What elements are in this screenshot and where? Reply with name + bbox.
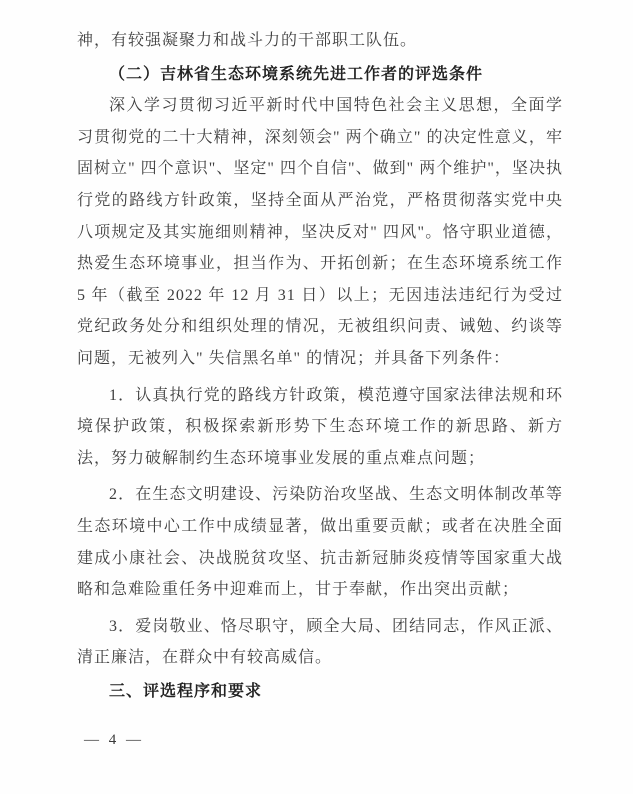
subsection-heading: （二）吉林省生态环境系统先进工作者的评选条件: [77, 59, 563, 91]
section-heading: 三、评选程序和要求: [77, 676, 563, 708]
document-body: 神，有较强凝聚力和战斗力的干部职工队伍。 （二）吉林省生态环境系统先进工作者的评…: [77, 25, 563, 707]
numbered-item-1: 1．认真执行党的路线方针政策，模范遵守国家法律法规和环境保护政策，积极探索新形势…: [77, 380, 563, 475]
paragraph-continuation: 神，有较强凝聚力和战斗力的干部职工队伍。: [77, 25, 563, 57]
paragraph-selection-conditions: 深入学习贯彻习近平新时代中国特色社会主义思想，全面学习贯彻党的二十大精神，深刻领…: [77, 90, 563, 374]
page-number: — 4 —: [84, 732, 144, 749]
numbered-item-3: 3．爱岗敬业、恪尽职守，顾全大局、团结同志，作风正派、清正廉洁，在群众中有较高威…: [77, 611, 563, 674]
numbered-item-2: 2．在生态文明建设、污染防治攻坚战、生态文明体制改革等生态环境中心工作中成绩显著…: [77, 479, 563, 605]
document-page: 神，有较强凝聚力和战斗力的干部职工队伍。 （二）吉林省生态环境系统先进工作者的评…: [0, 0, 633, 794]
